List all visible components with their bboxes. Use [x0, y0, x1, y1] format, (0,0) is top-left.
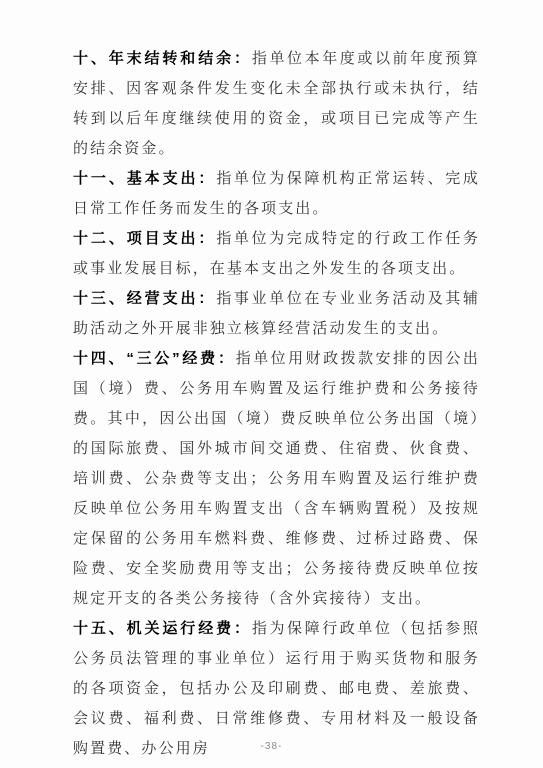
- section-paragraph: 十、年末结转和结余：指单位本年度或以前年度预算安排、因客观条件发生变化未全部执行…: [73, 44, 480, 164]
- section-body: 指单位用财政拨款安排的因公出国（境）费、公务用车购置及运行维护费和公务接待费。其…: [73, 351, 480, 607]
- section-heading: 十四、“三公”经费：: [73, 350, 236, 367]
- section-heading: 十二、项目支出：: [73, 230, 216, 247]
- section-heading: 十三、经营支出：: [73, 290, 216, 307]
- document-page: 十、年末结转和结余：指单位本年度或以前年度预算安排、因客观条件发生变化未全部执行…: [0, 0, 543, 768]
- section-body: 指为保障行政单位（包括参照公务员法管理的事业单位）运行用于购买货物和服务的各项资…: [73, 621, 480, 757]
- page-number: -38-: [0, 741, 543, 752]
- document-content: 十、年末结转和结余：指单位本年度或以前年度预算安排、因客观条件发生变化未全部执行…: [73, 44, 480, 764]
- section-paragraph: 十一、基本支出：指单位为保障机构正常运转、完成日常工作任务而发生的各项支出。: [73, 164, 480, 224]
- section-heading: 十、年末结转和结余：: [73, 50, 252, 67]
- section-paragraph: 十四、“三公”经费：指单位用财政拨款安排的因公出国（境）费、公务用车购置及运行维…: [73, 344, 480, 614]
- section-paragraph: 十二、项目支出：指单位为完成特定的行政工作任务或事业发展目标，在基本支出之外发生…: [73, 224, 480, 284]
- section-heading: 十一、基本支出：: [73, 170, 216, 187]
- section-paragraph: 十三、经营支出：指事业单位在专业业务活动及其辅助活动之外开展非独立核算经营活动发…: [73, 284, 480, 344]
- section-heading: 十五、机关运行经费：: [73, 620, 252, 637]
